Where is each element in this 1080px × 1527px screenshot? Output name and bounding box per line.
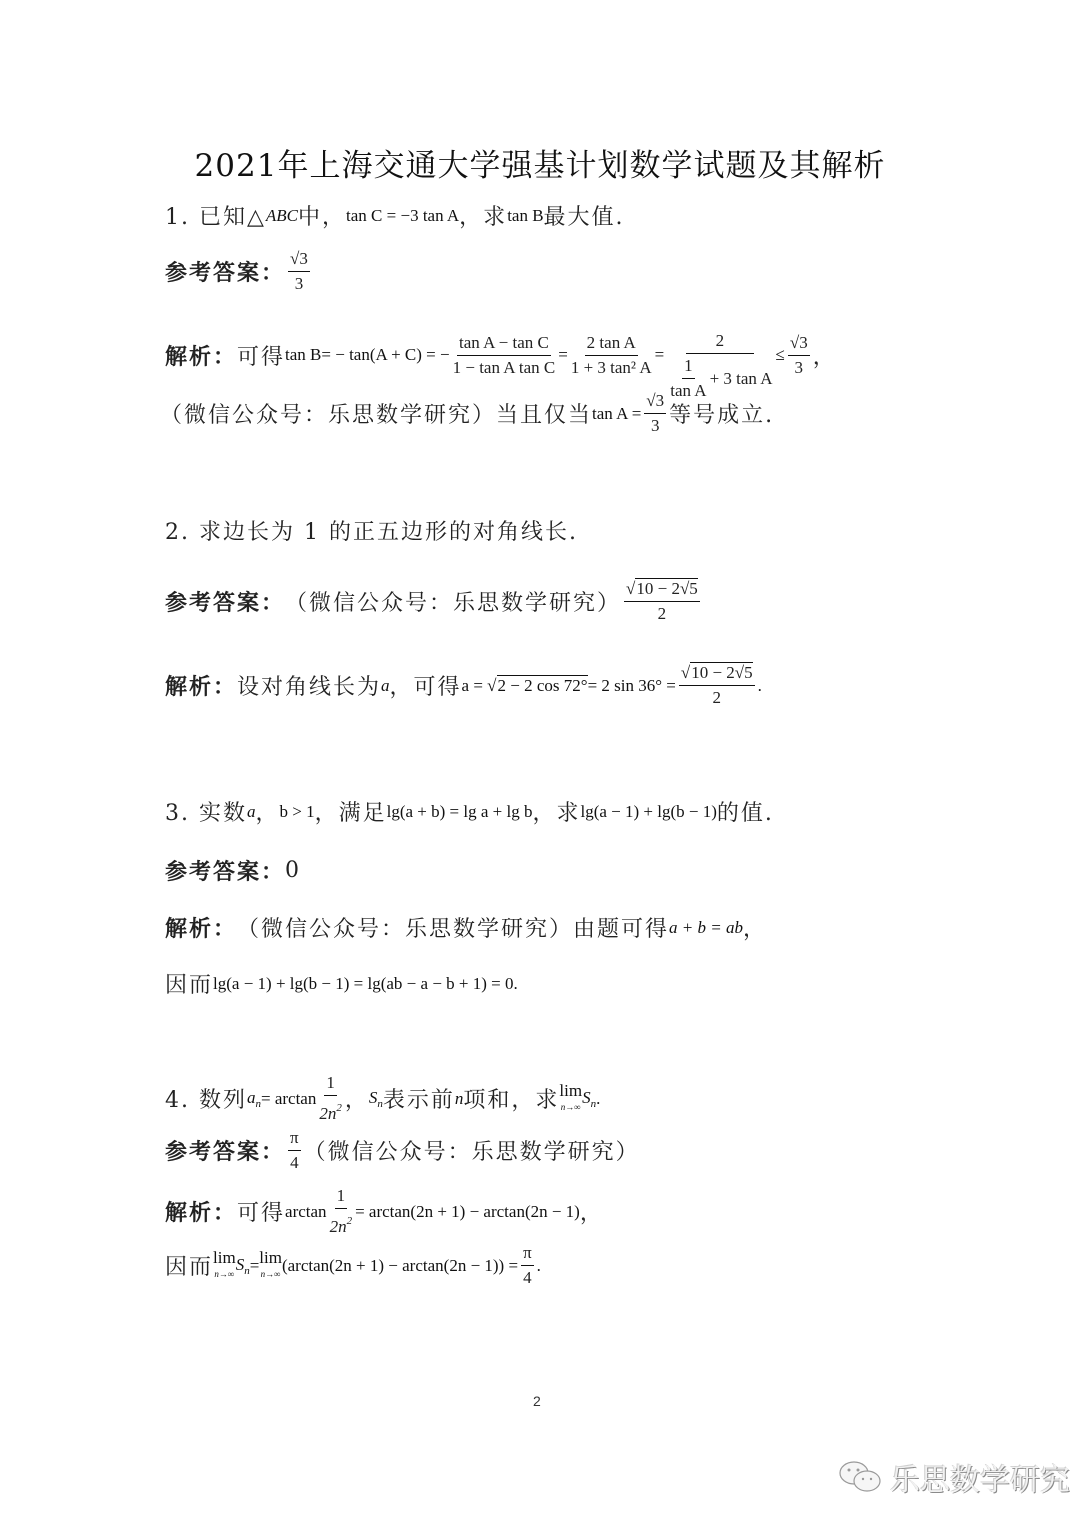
text: ，求 bbox=[532, 796, 580, 827]
fraction: tan A − tan C 1 − tan A tan C bbox=[453, 332, 556, 379]
answer-label: 参考答案： bbox=[165, 855, 285, 886]
denominator: 1 − tan A tan C bbox=[453, 356, 556, 379]
math: a + b = ab bbox=[669, 918, 743, 938]
text: 表示前 bbox=[383, 1083, 455, 1114]
problem-3-solution-line-2: 因而 lg(a − 1) + lg(b − 1) = lg(ab − a − b… bbox=[165, 968, 518, 999]
math: tan B= − tan(A + C) = − bbox=[285, 345, 450, 365]
numerator: √10 − 2√5 bbox=[679, 662, 755, 686]
radicand: 10 − 2√5 bbox=[690, 662, 752, 682]
superscript: 2 bbox=[336, 1102, 342, 1114]
text: ，满足 bbox=[315, 796, 387, 827]
wechat-note: （微信公众号：乐思数学研究） bbox=[237, 912, 573, 943]
text: 等号成立. bbox=[669, 398, 774, 429]
text: ，可得 bbox=[390, 670, 462, 701]
math: a bbox=[247, 802, 256, 822]
numerator: 2 bbox=[686, 330, 755, 354]
text: 可得 bbox=[237, 340, 285, 371]
text: 的值. bbox=[717, 796, 774, 827]
page-number: 2 bbox=[533, 1393, 541, 1409]
fraction: 2 tan A 1 + 3 tan² A bbox=[571, 332, 652, 379]
answer-label: 参考答案： bbox=[165, 1135, 285, 1166]
limit: limn→∞ bbox=[559, 1083, 582, 1115]
text: ， bbox=[580, 1196, 604, 1227]
math: . bbox=[537, 1256, 541, 1276]
math: lg(a − 1) + lg(b − 1) = lg(ab − a − b + … bbox=[213, 974, 513, 994]
text: ， bbox=[743, 912, 767, 943]
fraction: √3 3 bbox=[644, 390, 666, 437]
text: 中， bbox=[298, 200, 346, 231]
text: 因而 bbox=[165, 968, 213, 999]
answer-fraction: √3 3 bbox=[288, 248, 310, 295]
solution-label: 解析： bbox=[165, 340, 237, 371]
math: a bbox=[381, 676, 390, 696]
text: 当且仅当 bbox=[496, 398, 592, 429]
numerator: π bbox=[288, 1127, 301, 1151]
math: + 3 tan A bbox=[710, 368, 773, 390]
math: arctan bbox=[285, 1202, 327, 1222]
numerator: √3 bbox=[788, 332, 810, 356]
denominator: 2n2 bbox=[319, 1096, 342, 1125]
superscript: 2 bbox=[347, 1215, 353, 1227]
numerator: √10 − 2√5 bbox=[624, 578, 700, 602]
math: = arctan(2n + 1) − arctan(2n − 1) bbox=[355, 1202, 580, 1222]
numerator: 1 bbox=[682, 355, 695, 379]
denominator: 3 bbox=[795, 356, 804, 379]
problem-1-solution-line-1: 解析： 可得 tan B= − tan(A + C) = − tan A − t… bbox=[165, 308, 837, 402]
problem-4-solution-line-2: 因而 limn→∞ Sn = limn→∞ (arctan(2n + 1) − … bbox=[165, 1242, 541, 1289]
denominator: 2n2 bbox=[330, 1209, 353, 1238]
limit-under: n→∞ bbox=[214, 1266, 234, 1282]
math: Sn bbox=[236, 1255, 250, 1277]
wechat-note: （微信公众号：乐思数学研究） bbox=[304, 1135, 640, 1166]
math: n bbox=[455, 1089, 464, 1109]
denominator: 3 bbox=[651, 414, 660, 437]
text: 可得 bbox=[237, 1196, 285, 1227]
math: b > 1 bbox=[280, 802, 315, 822]
denominator: 3 bbox=[295, 272, 304, 295]
radicand: 10 − 2√5 bbox=[635, 578, 697, 598]
problem-1-answer: 参考答案： √3 3 bbox=[165, 248, 313, 295]
solution-label: 解析： bbox=[165, 912, 237, 943]
problem-4-solution-line-1: 解析： 可得 arctan 1 2n2 = arctan(2n + 1) − a… bbox=[165, 1185, 604, 1238]
math: tan B bbox=[507, 206, 543, 226]
answer-fraction: π 4 bbox=[288, 1127, 301, 1174]
lim: lim bbox=[259, 1250, 282, 1266]
text: 1. 已知△ bbox=[165, 200, 266, 231]
lim: lim bbox=[213, 1250, 236, 1266]
problem-4-answer: 参考答案： π 4 （微信公众号：乐思数学研究） bbox=[165, 1127, 640, 1174]
math: . bbox=[514, 974, 518, 994]
math: = bbox=[250, 1256, 260, 1276]
math: (arctan(2n + 1) − arctan(2n − 1)) = bbox=[282, 1256, 518, 1276]
text: 3. 实数 bbox=[165, 796, 247, 827]
var: S bbox=[236, 1255, 245, 1274]
text: ，求 bbox=[459, 200, 507, 231]
numerator: 1 bbox=[324, 1072, 337, 1096]
watermark-text: 乐思数学研究 bbox=[890, 1455, 1070, 1499]
math: tan A = bbox=[592, 404, 641, 424]
page-title: 2021年上海交通大学强基计划数学试题及其解析 bbox=[0, 140, 1080, 185]
text: 设对角线长为 bbox=[237, 670, 381, 701]
math: . bbox=[596, 1089, 600, 1109]
problem-3-question: 3. 实数 a ， b > 1 ，满足 lg(a + b) = lg a + l… bbox=[165, 796, 774, 827]
math: a = √ bbox=[462, 676, 497, 696]
fraction: π 4 bbox=[521, 1242, 534, 1289]
math: tan C = −3 tan A bbox=[346, 206, 459, 226]
problem-1-solution-line-2: （微信公众号：乐思数学研究） 当且仅当 tan A = √3 3 等号成立. bbox=[160, 390, 774, 437]
math: = bbox=[655, 345, 665, 365]
den-text: 2n bbox=[330, 1217, 347, 1236]
problem-4-question: 4. 数列 an = arctan 1 2n2 ， Sn 表示前 n 项和，求 … bbox=[165, 1072, 600, 1125]
fraction: 1 2n2 bbox=[330, 1185, 353, 1238]
text: ， bbox=[255, 796, 279, 827]
numerator: π bbox=[521, 1242, 534, 1266]
problem-1-question: 1. 已知△ ABC 中， tan C = −3 tan A ，求 tan B … bbox=[165, 200, 625, 231]
problem-3-answer: 参考答案： 0 bbox=[165, 855, 301, 886]
denominator: 2 bbox=[658, 602, 667, 625]
text: 4. 数列 bbox=[165, 1083, 247, 1114]
math: = arctan bbox=[261, 1089, 316, 1109]
problem-3-solution-line-1: 解析： （微信公众号：乐思数学研究） 由题可得 a + b = ab ， bbox=[165, 912, 767, 943]
answer-label: 参考答案： bbox=[165, 586, 285, 617]
math: lg(a − 1) + lg(b − 1) bbox=[580, 802, 716, 822]
limit: limn→∞ bbox=[213, 1250, 236, 1282]
numerator: √3 bbox=[644, 390, 666, 414]
numerator: √3 bbox=[288, 248, 310, 272]
limit: limn→∞ bbox=[259, 1250, 282, 1282]
document-page: 2021年上海交通大学强基计划数学试题及其解析 1. 已知△ ABC 中， ta… bbox=[0, 0, 1080, 1527]
solution-label: 解析： bbox=[165, 670, 237, 701]
numerator: 2 tan A bbox=[585, 332, 638, 356]
math: an bbox=[247, 1088, 261, 1110]
math: . bbox=[758, 676, 762, 696]
math: = bbox=[558, 345, 568, 365]
math: lg(a + b) = lg a + lg b bbox=[387, 802, 533, 822]
radicand: 2 − 2 cos 72° bbox=[497, 675, 588, 696]
answer-fraction: √10 − 2√5 2 bbox=[624, 578, 700, 625]
denominator: 4 bbox=[523, 1266, 532, 1289]
watermark: 乐思数学研究 bbox=[838, 1455, 1070, 1499]
math: ABC bbox=[266, 206, 298, 226]
wechat-note: （微信公众号：乐思数学研究） bbox=[160, 398, 496, 429]
math: = 2 sin 36° = bbox=[588, 676, 676, 696]
text: 因而 bbox=[165, 1250, 213, 1281]
fraction: √10 − 2√5 2 bbox=[679, 662, 755, 709]
wechat-icon bbox=[838, 1457, 884, 1497]
text: ， bbox=[345, 1083, 369, 1114]
text: 由题可得 bbox=[573, 912, 669, 943]
problem-2-question: 2. 求边长为 1 的正五边形的对角线长. bbox=[165, 515, 578, 546]
text: 项和，求 bbox=[463, 1083, 559, 1114]
math: ≤ bbox=[776, 345, 785, 365]
denominator: 2 bbox=[713, 686, 722, 709]
math: Sn bbox=[582, 1088, 596, 1110]
text: ， bbox=[813, 340, 837, 371]
numerator: 1 bbox=[335, 1185, 348, 1209]
denominator: 4 bbox=[290, 1151, 299, 1174]
fraction: √3 3 bbox=[788, 332, 810, 379]
den-text: 2n bbox=[319, 1104, 336, 1123]
fraction: 1 2n2 bbox=[319, 1072, 342, 1125]
denominator: 1 + 3 tan² A bbox=[571, 356, 652, 379]
solution-label: 解析： bbox=[165, 1196, 237, 1227]
answer-label: 参考答案： bbox=[165, 256, 285, 287]
limit-under: n→∞ bbox=[261, 1266, 281, 1282]
answer-value: 0 bbox=[285, 858, 301, 883]
numerator: tan A − tan C bbox=[457, 332, 551, 356]
text: 2. 求边长为 1 的正五边形的对角线长. bbox=[165, 515, 578, 546]
var: S bbox=[582, 1088, 591, 1107]
math: Sn bbox=[369, 1088, 383, 1110]
problem-2-answer: 参考答案： （微信公众号：乐思数学研究） √10 − 2√5 2 bbox=[165, 578, 703, 625]
problem-2-solution: 解析： 设对角线长为 a ，可得 a = √2 − 2 cos 72° = 2 … bbox=[165, 662, 762, 709]
text: 最大值. bbox=[544, 200, 625, 231]
wechat-note: （微信公众号：乐思数学研究） bbox=[285, 586, 621, 617]
lim: lim bbox=[559, 1083, 582, 1099]
limit-under: n→∞ bbox=[561, 1099, 581, 1115]
